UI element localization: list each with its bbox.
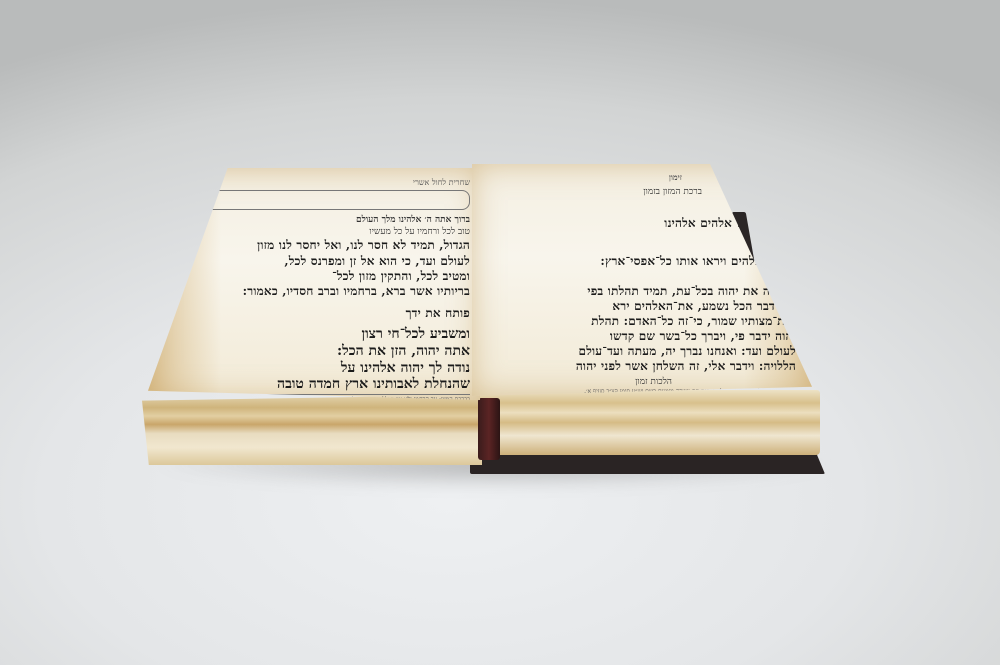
verse-line: ואת־מצותיו שמור, כי־זה כל־האדם: תהלת [591, 314, 796, 329]
text-line: ומטיב לכל, והתקין מזון לכל־ [332, 269, 470, 284]
left-page: שחרית לחול אשרי ברוך אתה ה׳ אלהינו מלך ה… [148, 168, 480, 400]
section-title: הלכות זמון [635, 376, 672, 387]
right-page: זימון ברכת המזון בזמון לשמח: ברכו אלהים … [472, 164, 812, 396]
right-page-subheader: ברכת המזון בזמון [643, 186, 702, 197]
right-page-header: זימון [669, 172, 682, 182]
verse-line: סוף דבר הכל נשמע, את־האלהים ירא [612, 299, 796, 314]
note-box [188, 190, 470, 210]
footnote-rule [218, 394, 470, 395]
verse-line: אברכה את יהוה בכל־עת, תמיד תהלתו בפי [587, 284, 796, 299]
verse-line: פותח את ידך [406, 306, 470, 321]
verse-line: אתה יהוה, הזן את הכל: [337, 343, 470, 360]
verse-line: הללויה: וידבר אלי, זה השלחן אשר לפני יהו… [576, 359, 796, 374]
text-line: בריותיו אשר ברא, ברחמיו וברב חסדיו, כאמו… [243, 284, 470, 299]
verse-line: ומשביע לכל־חי רצון [362, 326, 471, 343]
verse-line: לעולם ועד: ואנחנו נברך יה, מעתה ועד־עולם [579, 344, 796, 359]
text-line: ברוך אתה ה׳ אלהינו מלך העולם [356, 214, 470, 225]
book-spine [478, 398, 500, 460]
verse-line: יהוה ידבר פי, ויברך כל־בשר שם קדשו [610, 329, 796, 344]
text-line: יברכנו אלהים ויראו אותו כל־אפסי־ארץ: [600, 254, 796, 269]
left-page-header: שחרית לחול אשרי [413, 178, 470, 187]
left-page-block [142, 395, 482, 465]
text-line: לשמח: ברכו אלהים אלהינו [664, 216, 796, 231]
text-line: לעולם ועד, כי הוא אל זן ומפרנס לכל, [284, 254, 470, 269]
verse-line: שהנחלת לאבותינו ארץ חמדה טובה [277, 376, 470, 393]
right-page-block [480, 390, 820, 455]
photo-scene: שחרית לחול אשרי ברוך אתה ה׳ אלהינו מלך ה… [0, 0, 1000, 665]
verse-line: נודה לך יהוה אלהינו על [341, 360, 470, 377]
text-line: הגדול, תמיד לא חסר לנו, ואל יחסר לנו מזו… [257, 238, 470, 253]
text-line: טוב לכל ורחמיו על כל מעשיו [369, 226, 470, 237]
